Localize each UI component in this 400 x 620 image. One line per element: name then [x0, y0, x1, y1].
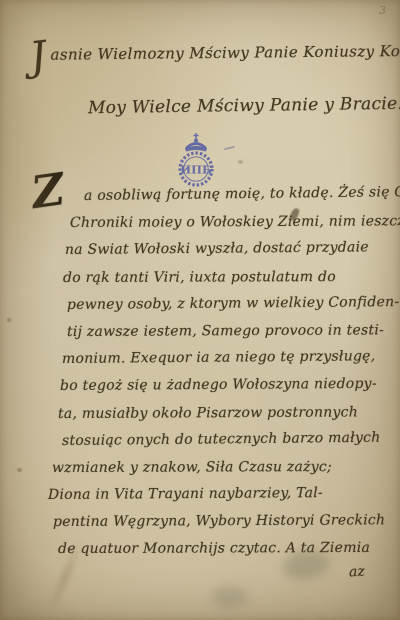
- ink-smudge: [212, 586, 248, 608]
- salutation-line-1-text: asnie Wielmozny Mściwy Panie Koniuszy Ko…: [50, 42, 400, 64]
- body-line: pentina Węgrzyna, Wybory Historyi Grecki…: [53, 507, 400, 536]
- stamp-monogram: ИПБ: [180, 163, 212, 177]
- body-line: tij zawsze iestem, Samego provoco in tes…: [67, 317, 400, 346]
- decorated-initial-j: J: [30, 56, 46, 58]
- folio-number: 3: [379, 4, 386, 17]
- body-line: ta, musiałby około Pisarzow postronnych: [58, 399, 400, 428]
- body-line: wzmianek y znakow, Siła Czasu zażyc;: [52, 454, 400, 482]
- paper-speck: [238, 160, 243, 164]
- manuscript-page: 3 Jasnie Wielmozny Mściwy Panie Koniuszy…: [0, 0, 400, 620]
- body-line: do rąk tanti Viri, iuxta postulatum do: [63, 263, 400, 291]
- body-line: na Swiat Wołoski wyszła, dostać przydaie: [65, 234, 400, 264]
- body-line: monium. Exequor ia za niego tę przysługę…: [62, 343, 400, 373]
- body-line: stosuiąc onych do tutecznych barzo małyc…: [62, 424, 400, 455]
- body-line: Chroniki moiey o Wołoskiey Ziemi, nim ie…: [70, 208, 400, 237]
- stamp-cross-icon: [194, 133, 199, 139]
- letter-body: a osobliwą fortunę moię, to kładę. Żeś s…: [0, 183, 400, 564]
- salutation-line-1: Jasnie Wielmozny Mściwy Panie Koniuszy K…: [30, 42, 390, 64]
- salutation-line-2: Moy Wielce Mściwy Panie y Bracie.: [88, 94, 400, 118]
- body-line: de quatuor Monarchijs czytac. A ta Ziemi…: [58, 535, 400, 563]
- body-line: bo tegoż się u żadnego Wołoszyna niedopy…: [60, 371, 400, 401]
- body-line: pewney osoby, z ktorym w wielkiey Confid…: [67, 289, 400, 319]
- catchword: az: [348, 563, 365, 580]
- body-line: a osobliwą fortunę moię, to kładę. Żeś s…: [84, 179, 400, 210]
- stamp-orb-icon: [194, 139, 198, 143]
- body-line: Diona in Vita Trayani naybarziey, Tal-: [48, 480, 400, 510]
- pen-dash-mark: [224, 146, 235, 151]
